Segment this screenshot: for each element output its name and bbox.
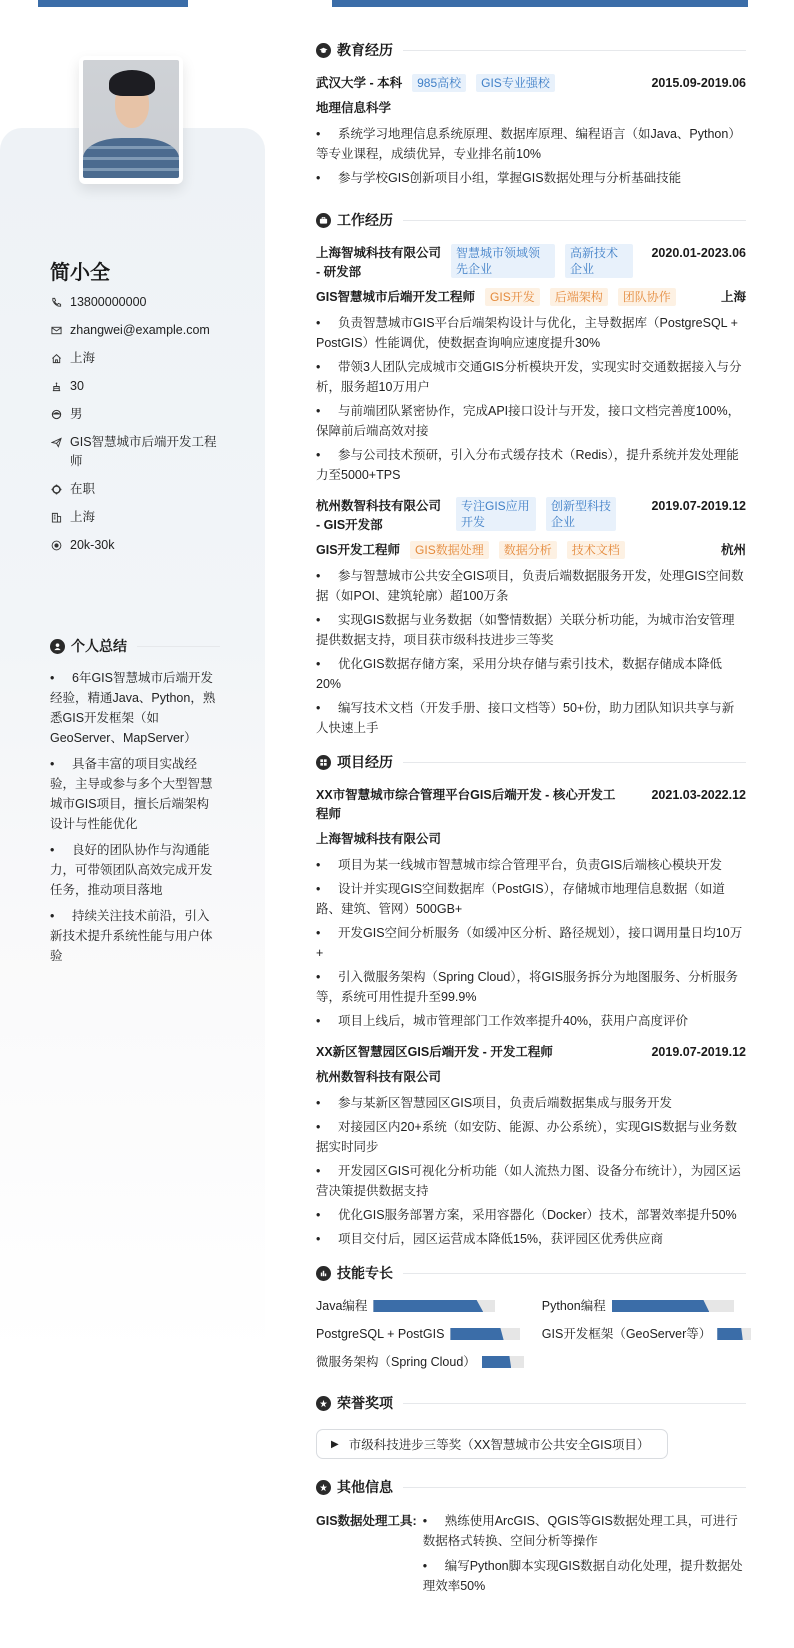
skills-section: 技能专长 Java编程 Python编程 PostgreSQL + PostGI… <box>316 1263 746 1371</box>
gender-icon <box>50 405 63 424</box>
graduation-cap-icon <box>316 43 331 58</box>
work-location: 上海 <box>721 288 746 307</box>
company-tag: 创新型科技企业 <box>546 497 616 531</box>
list-item: •编写技术文档（开发手册、接口文档等）50+份，助力团队知识共享与新人快速上手 <box>316 698 746 738</box>
candidate-name: 简小全 <box>50 256 110 285</box>
summary-list: •6年GIS智慧城市后端开发经验，精通Java、Python，熟悉GIS开发框架… <box>50 668 220 972</box>
role-tag: 团队协作 <box>618 288 676 306</box>
education-date: 2015.09-2019.06 <box>651 74 746 93</box>
list-item: •编写Python脚本实现GIS数据自动化处理，提升数据处理效率50% <box>423 1556 746 1596</box>
other-info-row: GIS数据处理工具: •熟练使用ArcGIS、QGIS等GIS数据处理工具，可进… <box>316 1511 746 1601</box>
info-salary: 20k-30k <box>50 536 220 555</box>
list-item: •对接园区内20+系统（如安防、能源、办公系统），实现GIS数据与业务数据实时同… <box>316 1117 746 1157</box>
list-item: •参与某新区智慧园区GIS项目，负责后端数据集成与服务开发 <box>316 1093 746 1113</box>
info-location: 上海 <box>50 349 220 368</box>
awards-section: 荣誉奖项 ▶ 市级科技进步三等奖（XX智慧城市公共安全GIS项目） <box>316 1393 746 1459</box>
school-tag: 985高校 <box>412 74 466 92</box>
company-name: 上海智城科技有限公司 - 研发部 <box>316 244 441 282</box>
major: 地理信息科学 <box>316 99 746 118</box>
skill-bar <box>717 1328 751 1340</box>
list-item: •参与智慧城市公共安全GIS项目，负责后端数据服务开发，处理GIS空间数据（如P… <box>316 566 746 606</box>
list-item: •项目为某一线城市智慧城市综合管理平台，负责GIS后端核心模块开发 <box>316 855 746 875</box>
info-city: 上海 <box>50 508 220 527</box>
top-accent-bar-left <box>38 0 188 7</box>
skill-bar <box>482 1356 524 1368</box>
skill-item: Java编程 <box>316 1297 524 1315</box>
salary-icon <box>50 536 63 555</box>
company-tag: 高新技术企业 <box>565 244 633 278</box>
company-tag: 专注GIS应用开发 <box>456 497 536 531</box>
work-entry: 上海智城科技有限公司 - 研发部 智慧城市领域领先企业 高新技术企业 2020.… <box>316 244 746 485</box>
user-icon <box>50 639 65 654</box>
project-date: 2019.07-2019.12 <box>651 1043 746 1062</box>
job-role: GIS开发工程师 <box>316 541 400 560</box>
summary-item: •持续关注技术前沿，引入新技术提升系统性能与用户体验 <box>50 906 220 966</box>
status-icon <box>50 480 63 499</box>
school-name: 武汉大学 - 本科 <box>316 74 402 93</box>
age-icon <box>50 377 63 396</box>
work-date: 2019.07-2019.12 <box>651 497 746 516</box>
project-name: XX新区智慧园区GIS后端开发 - 开发工程师 <box>316 1043 553 1062</box>
role-tag: 后端架构 <box>550 288 608 306</box>
role-tag: GIS开发 <box>485 288 540 306</box>
project-entry: XX新区智慧园区GIS后端开发 - 开发工程师 2019.07-2019.12 … <box>316 1043 746 1249</box>
role-tag: 数据分析 <box>499 541 557 559</box>
info-phone: 13800000000 <box>50 293 220 312</box>
info-icon <box>316 1480 331 1495</box>
top-accent-bar-right <box>332 0 748 7</box>
list-item: •设计并实现GIS空间数据库（PostGIS），存储城市地理信息数据（如道路、建… <box>316 879 746 919</box>
education-bullets: •系统学习地理信息系统原理、数据库原理、编程语言（如Java、Python）等专… <box>316 124 746 188</box>
skill-item: PostgreSQL + PostGIS <box>316 1325 524 1343</box>
education-header: 武汉大学 - 本科 985高校 GIS专业强校 2015.09-2019.06 <box>316 74 746 93</box>
list-item: •项目交付后，园区运营成本降低15%，获评园区优秀供应商 <box>316 1229 746 1249</box>
city-icon <box>50 508 63 527</box>
info-email: zhangwei@example.com <box>50 321 220 340</box>
contact-info-list: 13800000000 zhangwei@example.com 上海 30 男… <box>50 293 220 564</box>
summary-item: •良好的团队协作与沟通能力，可带领团队高效完成开发任务，推动项目落地 <box>50 840 220 900</box>
project-date: 2021.03-2022.12 <box>651 786 746 805</box>
skill-bar <box>450 1328 520 1340</box>
phone-icon <box>50 293 63 312</box>
list-item: •项目上线后，城市管理部门工作效率提升40%，获用户高度评价 <box>316 1011 746 1031</box>
skill-item: Python编程 <box>542 1297 751 1315</box>
summary-section-title: 个人总结 <box>50 636 220 656</box>
list-item: •开发GIS空间分析服务（如缓冲区分析、路径规划），接口调用量日均10万+ <box>316 923 746 963</box>
education-section: 教育经历 武汉大学 - 本科 985高校 GIS专业强校 2015.09-201… <box>316 40 746 188</box>
skill-item: GIS开发框架（GeoServer等） <box>542 1325 751 1343</box>
list-item: •带领3人团队完成城市交通GIS分析模块开发，实现实时交通数据接入与分析，服务超… <box>316 357 746 397</box>
info-gender: 男 <box>50 405 220 424</box>
main-content: 教育经历 武汉大学 - 本科 985高校 GIS专业强校 2015.09-201… <box>316 40 746 1615</box>
list-item: •优化GIS服务部署方案，采用容器化（Docker）技术，部署效率提升50% <box>316 1205 746 1225</box>
education-section-title: 教育经历 <box>316 40 746 60</box>
list-item: •熟练使用ArcGIS、QGIS等GIS数据处理工具，可进行数据格式转换、空间分… <box>423 1511 746 1551</box>
work-location: 杭州 <box>721 541 746 560</box>
list-item: •与前端团队紧密协作，完成API接口设计与开发，接口文档完善度100%，保障前后… <box>316 401 746 441</box>
skill-bar <box>612 1300 734 1312</box>
role-tag: GIS数据处理 <box>410 541 489 559</box>
list-item: •参与公司技术预研，引入分布式缓存技术（Redis），提升系统并发处理能力至50… <box>316 445 746 485</box>
skills-grid: Java编程 Python编程 PostgreSQL + PostGIS GIS… <box>316 1297 746 1371</box>
briefcase-icon <box>316 213 331 228</box>
skill-bar <box>373 1300 495 1312</box>
bar-chart-icon <box>316 1266 331 1281</box>
work-entry: 杭州数智科技有限公司 - GIS开发部 专注GIS应用开发 创新型科技企业 20… <box>316 497 746 738</box>
home-icon <box>50 349 63 368</box>
job-role: GIS智慧城市后端开发工程师 <box>316 288 475 307</box>
skill-item: 微服务架构（Spring Cloud） <box>316 1353 524 1371</box>
list-item: •实现GIS数据与业务数据（如警情数据）关联分析功能，为城市治安管理提供数据支持… <box>316 610 746 650</box>
work-date: 2020.01-2023.06 <box>651 244 746 263</box>
other-info-label: GIS数据处理工具: <box>316 1511 417 1601</box>
project-entry: XX市智慧城市综合管理平台GIS后端开发 - 核心开发工程师 2021.03-2… <box>316 786 746 1031</box>
avatar-photo <box>79 56 183 184</box>
summary-item: •具备丰富的项目实战经验，主导或参与多个大型智慧城市GIS项目，擅长后端架构设计… <box>50 754 220 834</box>
school-tag: GIS专业强校 <box>476 74 555 92</box>
company-name: 杭州数智科技有限公司 - GIS开发部 <box>316 497 446 535</box>
list-item: •系统学习地理信息系统原理、数据库原理、编程语言（如Java、Python）等专… <box>316 124 746 164</box>
other-section-title: 其他信息 <box>316 1477 746 1497</box>
company-tag: 智慧城市领域领先企业 <box>451 244 555 278</box>
projects-section: 项目经历 XX市智慧城市综合管理平台GIS后端开发 - 核心开发工程师 2021… <box>316 752 746 1249</box>
grid-icon <box>316 755 331 770</box>
award-item[interactable]: ▶ 市级科技进步三等奖（XX智慧城市公共安全GIS项目） <box>316 1429 668 1459</box>
info-job-target: GIS智慧城市后端开发工程师 <box>50 433 220 471</box>
mail-icon <box>50 321 63 340</box>
summary-item: •6年GIS智慧城市后端开发经验，精通Java、Python，熟悉GIS开发框架… <box>50 668 220 748</box>
project-name: XX市智慧城市综合管理平台GIS后端开发 - 核心开发工程师 <box>316 786 626 824</box>
project-company: 杭州数智科技有限公司 <box>316 1068 746 1087</box>
work-section: 工作经历 上海智城科技有限公司 - 研发部 智慧城市领域领先企业 高新技术企业 … <box>316 210 746 738</box>
work-section-title: 工作经历 <box>316 210 746 230</box>
job-target-icon <box>50 433 63 452</box>
list-item: •开发园区GIS可视化分析功能（如人流热力图、设备分布统计），为园区运营决策提供… <box>316 1161 746 1201</box>
awards-section-title: 荣誉奖项 <box>316 1393 746 1413</box>
triangle-right-icon: ▶ <box>331 1439 339 1450</box>
role-tag: 技术文档 <box>567 541 625 559</box>
list-item: •引入微服务架构（Spring Cloud），将GIS服务拆分为地图服务、分析服… <box>316 967 746 1007</box>
list-item: •优化GIS数据存储方案，采用分块存储与索引技术，数据存储成本降低20% <box>316 654 746 694</box>
other-section: 其他信息 GIS数据处理工具: •熟练使用ArcGIS、QGIS等GIS数据处理… <box>316 1477 746 1601</box>
project-company: 上海智城科技有限公司 <box>316 830 746 849</box>
list-item: •负责智慧城市GIS平台后端架构设计与优化，主导数据库（PostgreSQL +… <box>316 313 746 353</box>
award-icon <box>316 1396 331 1411</box>
skills-section-title: 技能专长 <box>316 1263 746 1283</box>
info-status: 在职 <box>50 480 220 499</box>
list-item: •参与学校GIS创新项目小组，掌握GIS数据处理与分析基础技能 <box>316 168 746 188</box>
info-age: 30 <box>50 377 220 396</box>
projects-section-title: 项目经历 <box>316 752 746 772</box>
